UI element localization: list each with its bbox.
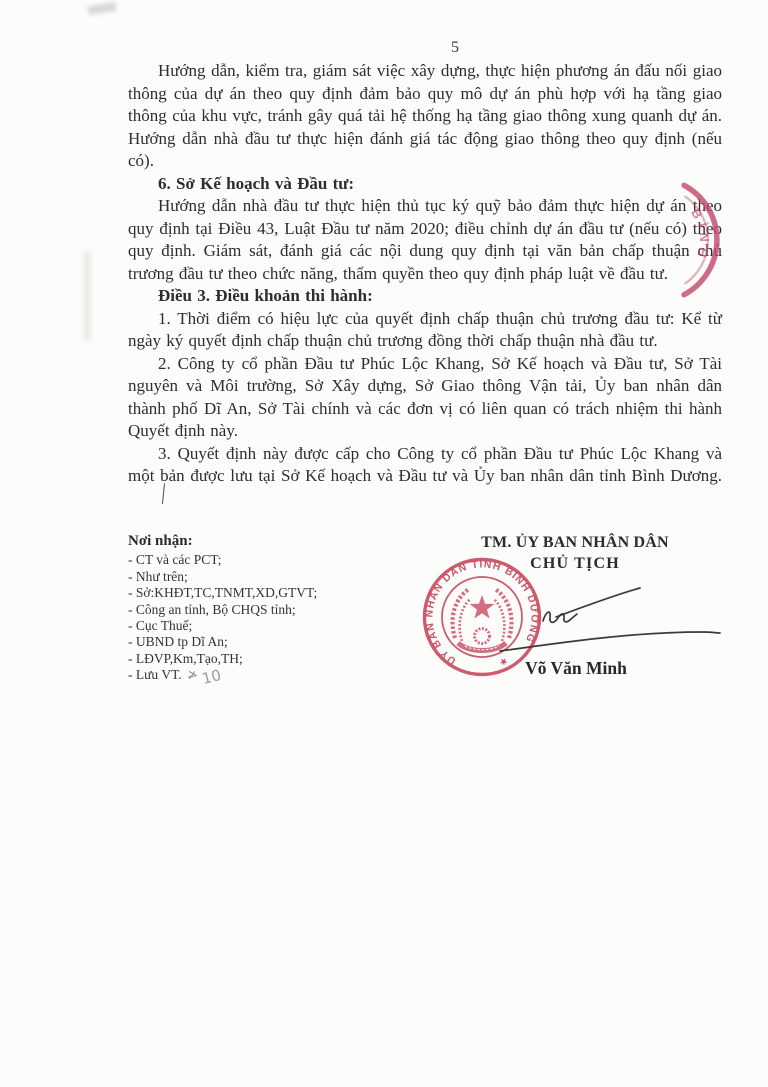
paragraph-article3-clause3-text: 3. Quyết định này được cấp cho Công ty c… [128,444,722,486]
scan-artifact-corner [87,2,116,15]
recipient-item: - LĐVP,Km,Tạo,TH; [128,651,378,667]
recipient-item-text: - Lưu VT. [128,667,182,682]
handwritten-note: 10 [200,666,223,688]
svg-text:BÌNH: BÌNH [688,207,711,264]
corner-stamp: BÌNH [600,160,768,340]
signature-scribble [480,575,730,665]
recipient-item: - CT và các PCT; [128,552,378,568]
recipient-item: - Công an tỉnh, Bộ CHQS tỉnh; [128,602,378,618]
recipient-item-text: - LĐVP,Km,Tạo,TH; [128,651,243,666]
document-page: 5 Hướng dẫn, kiểm tra, giám sát việc xây… [0,0,768,1087]
recipient-item: - Sở:KHĐT,TC,TNMT,XD,GTVT; [128,585,378,601]
paragraph-article3-clause3: 3. Quyết định này được cấp cho Công ty c… [128,443,722,511]
signer-name: Võ Văn Minh [470,658,682,679]
recipients-block: Nơi nhận: - CT và các PCT; - Như trên; -… [128,533,378,685]
recipient-item: - UBND tp Dĩ An; [128,634,378,650]
corner-stamp-text: BÌNH [688,207,711,264]
recipient-item: - Như trên; [128,569,378,585]
paragraph-traffic-guidance: Hướng dẫn, kiểm tra, giám sát việc xây d… [128,60,722,173]
page-number: 5 [438,39,472,57]
handwritten-end-mark: / [130,486,168,509]
handwritten-check-mark: ≯ [185,667,198,685]
recipient-item: - Lưu VT.≯ [128,667,378,684]
signature-strokes [500,588,720,651]
recipients-label: Nơi nhận: [128,533,378,549]
scan-artifact-edge [84,252,90,340]
recipient-item: - Cục Thuế; [128,618,378,634]
paragraph-article3-clause2: 2. Công ty cổ phần Đầu tư Phúc Lộc Khang… [128,353,722,443]
